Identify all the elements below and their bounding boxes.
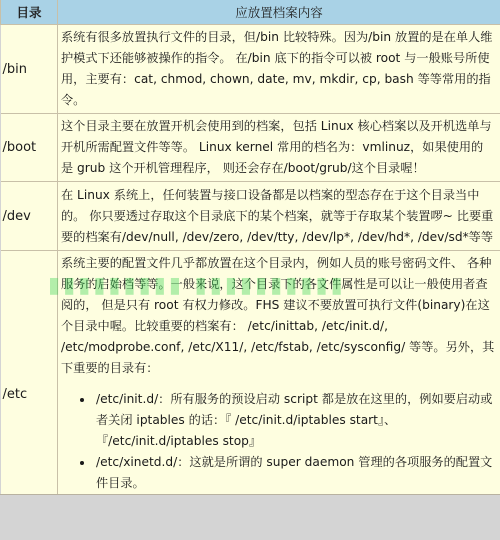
- list-item: /etc/init.d/：所有服务的预设启动 script 都是放在这里的，例如…: [94, 389, 495, 452]
- table-row: /bin 系统有很多放置执行文件的目录，但/bin 比较特殊。因为/bin 放置…: [1, 25, 500, 114]
- table-header-row: 目录 应放置档案内容: [1, 0, 500, 25]
- description-text: 这个目录主要在放置开机会使用到的档案，包括 Linux 核心档案以及开机选单与开…: [61, 116, 495, 179]
- description-text: 在 Linux 系统上，任何装置与接口设备都是以档案的型态存在于这个目录当中的。…: [61, 185, 495, 248]
- list-item: /etc/xinetd.d/：这就是所谓的 super daemon 管理的各项…: [94, 452, 495, 494]
- column-header-content: 应放置档案内容: [58, 0, 500, 25]
- directory-cell: /dev: [1, 182, 58, 251]
- description-cell: 在 Linux 系统上，任何装置与接口设备都是以档案的型态存在于这个目录当中的。…: [58, 182, 500, 251]
- page-background: [0, 494, 500, 540]
- description-cell: 这个目录主要在放置开机会使用到的档案，包括 Linux 核心档案以及开机选单与开…: [58, 114, 500, 182]
- description-cell: 系统有很多放置执行文件的目录，但/bin 比较特殊。因为/bin 放置的是在单人…: [58, 25, 500, 114]
- column-header-directory: 目录: [1, 0, 58, 25]
- table-row: /dev 在 Linux 系统上，任何装置与接口设备都是以档案的型态存在于这个目…: [1, 182, 500, 251]
- table-row: /boot 这个目录主要在放置开机会使用到的档案，包括 Linux 核心档案以及…: [1, 114, 500, 182]
- fhs-directory-table: 目录 应放置档案内容 /bin 系统有很多放置执行文件的目录，但/bin 比较特…: [0, 0, 500, 539]
- description-text: 系统主要的配置文件几乎都放置在这个目录内，例如人员的账号密码文件、 各种服务的启…: [61, 253, 495, 379]
- directory-cell: /bin: [1, 25, 58, 114]
- description-text: 系统有很多放置执行文件的目录，但/bin 比较特殊。因为/bin 放置的是在单人…: [61, 27, 495, 111]
- directory-cell: /boot: [1, 114, 58, 182]
